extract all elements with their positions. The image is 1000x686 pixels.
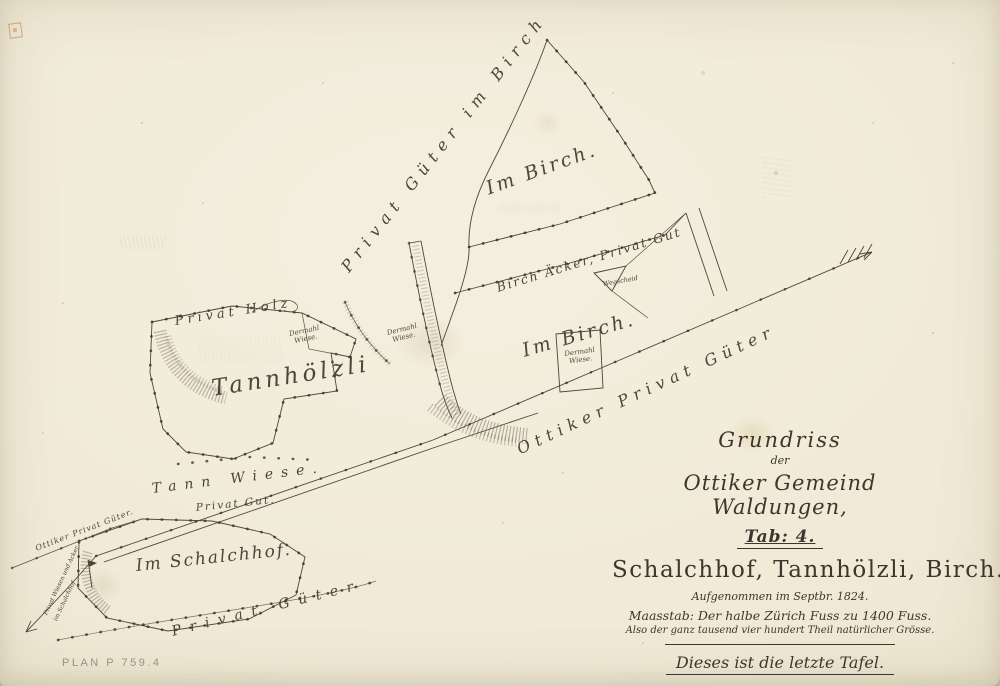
- title-last-sheet-note: Dieses ist die letzte Tafel.: [666, 653, 894, 675]
- title-main: Schalchhof, Tannhölzli, Birch.: [612, 557, 948, 583]
- title-scale-note: Also der ganz tausend vier hundert Theil…: [612, 625, 948, 636]
- title-surveyed-date: Aufgenommen im Septbr. 1824.: [612, 590, 948, 603]
- title-gemeinde: Ottiker Gemeind Waldungen,: [612, 471, 948, 519]
- title-scale: Maasstab: Der halbe Zürich Fuss zu 1400 …: [612, 608, 948, 623]
- scanned-map-page: Privat Güter im Birch Im Birch. Birch Äc…: [0, 0, 1000, 686]
- title-cartouche: Grundriss der Ottiker Gemeind Waldungen,…: [612, 428, 948, 675]
- title-grundriss: Grundriss: [612, 428, 948, 452]
- archive-plan-number: PLAN P 759.4: [62, 657, 162, 669]
- birch-upper-parcel: [441, 40, 655, 346]
- title-der: der: [612, 454, 948, 467]
- title-tab-number: Tab: 4.: [737, 527, 824, 549]
- west-boundary: [12, 519, 142, 568]
